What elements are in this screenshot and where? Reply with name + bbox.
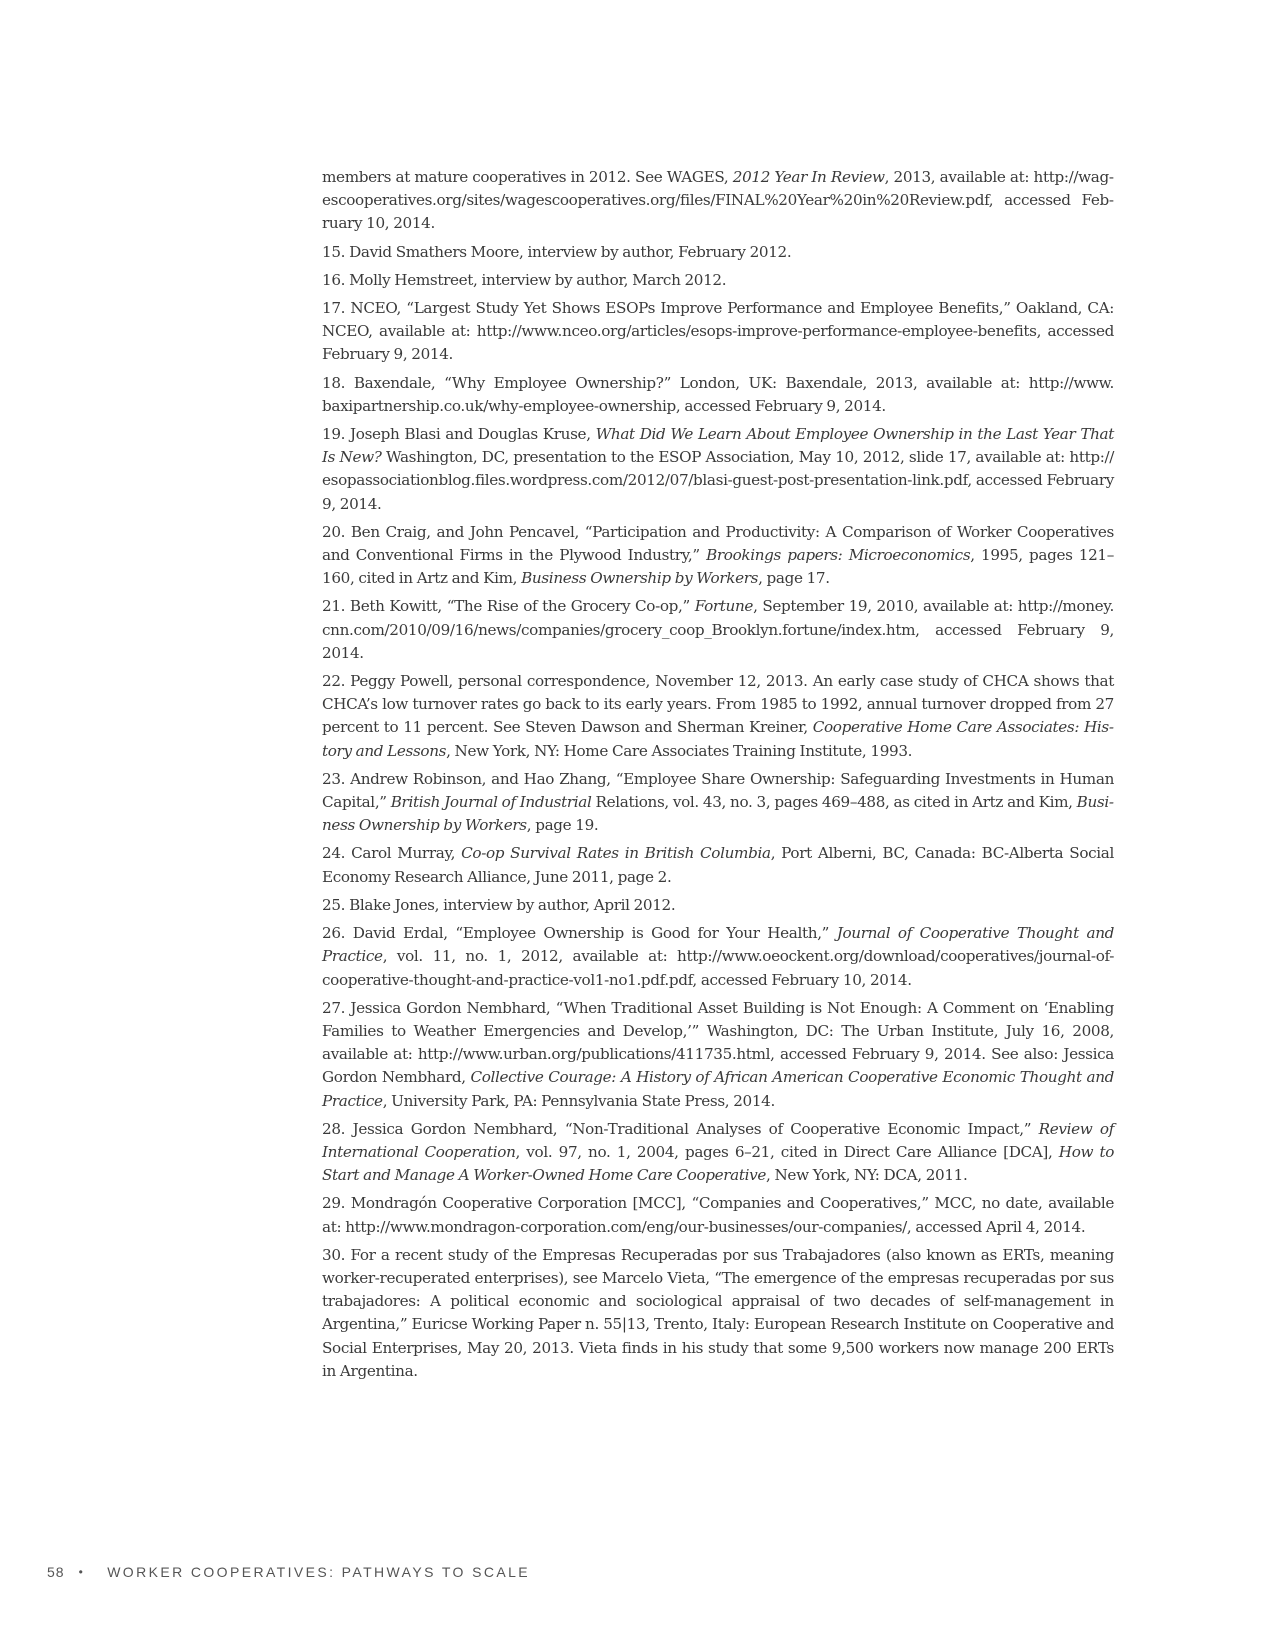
endnote-title-italic: Co-op Survival Rates in British Columbia bbox=[461, 844, 771, 862]
endnote-text: , New York, NY: Home Care Associates Tra… bbox=[446, 742, 912, 760]
endnote-text: Washington, DC, presentation to the ESOP… bbox=[322, 448, 1114, 512]
endnote-19: 19. Joseph Blasi and Douglas Kruse, What… bbox=[322, 423, 1114, 516]
endnote-title-italic: Business Ownership by Workers bbox=[521, 569, 758, 587]
endnotes-list: members at mature cooperatives in 2012. … bbox=[322, 166, 1114, 1388]
running-title: WORKER COOPERATIVES: PATHWAYS TO SCALE bbox=[107, 1564, 530, 1580]
endnote-text: 17. NCEO, “Largest Study Yet Shows ESOPs… bbox=[322, 299, 1114, 363]
endnote-29: 29. Mondragón Cooperative Corporation [M… bbox=[322, 1192, 1114, 1238]
endnote-18: 18. Baxendale, “Why Employee Ownership?”… bbox=[322, 372, 1114, 418]
endnote-text: 16. Molly Hemstreet, interview by author… bbox=[322, 271, 726, 289]
endnote-title-italic: Brookings papers: Microeconomics bbox=[706, 546, 970, 564]
endnote-text: 24. Carol Murray, bbox=[322, 844, 461, 862]
endnote-text: 29. Mondragón Cooperative Corporation [M… bbox=[322, 1194, 1114, 1235]
endnote-text: , New York, NY: DCA, 2011. bbox=[766, 1166, 967, 1184]
endnote-title-italic: 2012 Year In Review bbox=[733, 168, 885, 186]
page-footer: 58 • WORKER COOPERATIVES: PATHWAYS TO SC… bbox=[47, 1564, 530, 1580]
page-number: 58 bbox=[47, 1564, 65, 1580]
endnote-21: 21. Beth Kowitt, “The Rise of the Grocer… bbox=[322, 595, 1114, 665]
endnote-text: 19. Joseph Blasi and Douglas Kruse, bbox=[322, 425, 596, 443]
endnote-28: 28. Jessica Gordon Nembhard, “Non-Tradit… bbox=[322, 1118, 1114, 1188]
endnote-text: 15. David Smathers Moore, interview by a… bbox=[322, 243, 791, 261]
endnote-text: , vol. 11, no. 1, 2012, available at: ht… bbox=[322, 947, 1114, 988]
endnote-title-italic: Fortune bbox=[695, 597, 753, 615]
endnote-23: 23. Andrew Robinson, and Hao Zhang, “Emp… bbox=[322, 768, 1114, 838]
endnote-text: , page 17. bbox=[758, 569, 830, 587]
endnote-text: , page 19. bbox=[527, 816, 599, 834]
endnote-text: 25. Blake Jones, interview by author, Ap… bbox=[322, 896, 675, 914]
endnote-text: , vol. 97, no. 1, 2004, pages 6–21, cite… bbox=[516, 1143, 1059, 1161]
endnote-30: 30. For a recent study of the Empresas R… bbox=[322, 1244, 1114, 1383]
endnote-14-cont: members at mature cooperatives in 2012. … bbox=[322, 166, 1114, 236]
endnote-17: 17. NCEO, “Largest Study Yet Shows ESOPs… bbox=[322, 297, 1114, 367]
endnote-text: 18. Baxendale, “Why Employee Ownership?”… bbox=[322, 374, 1114, 415]
endnote-27: 27. Jessica Gordon Nembhard, “When Tradi… bbox=[322, 997, 1114, 1113]
endnote-text: 26. David Erdal, “Employee Ownership is … bbox=[322, 924, 837, 942]
endnote-text: members at mature cooperatives in 2012. … bbox=[322, 168, 733, 186]
endnote-text: 30. For a recent study of the Empresas R… bbox=[322, 1246, 1114, 1380]
endnote-26: 26. David Erdal, “Employee Ownership is … bbox=[322, 922, 1114, 992]
bullet-separator-icon: • bbox=[79, 1565, 86, 1579]
endnote-text: 21. Beth Kowitt, “The Rise of the Grocer… bbox=[322, 597, 695, 615]
endnote-20: 20. Ben Craig, and John Pencavel, “Parti… bbox=[322, 521, 1114, 591]
endnote-24: 24. Carol Murray, Co-op Survival Rates i… bbox=[322, 842, 1114, 888]
endnote-text: 28. Jessica Gordon Nembhard, “Non-Tradit… bbox=[322, 1120, 1039, 1138]
endnote-15: 15. David Smathers Moore, interview by a… bbox=[322, 241, 1114, 264]
endnote-title-italic: British Journal of Industrial bbox=[391, 793, 592, 811]
endnote-25: 25. Blake Jones, interview by author, Ap… bbox=[322, 894, 1114, 917]
endnote-22: 22. Peggy Powell, personal correspondenc… bbox=[322, 670, 1114, 763]
endnote-16: 16. Molly Hemstreet, interview by author… bbox=[322, 269, 1114, 292]
endnote-text: Relations, vol. 43, no. 3, pages 469–488… bbox=[592, 793, 1077, 811]
endnote-text: , University Park, PA: Pennsylvania Stat… bbox=[383, 1092, 775, 1110]
